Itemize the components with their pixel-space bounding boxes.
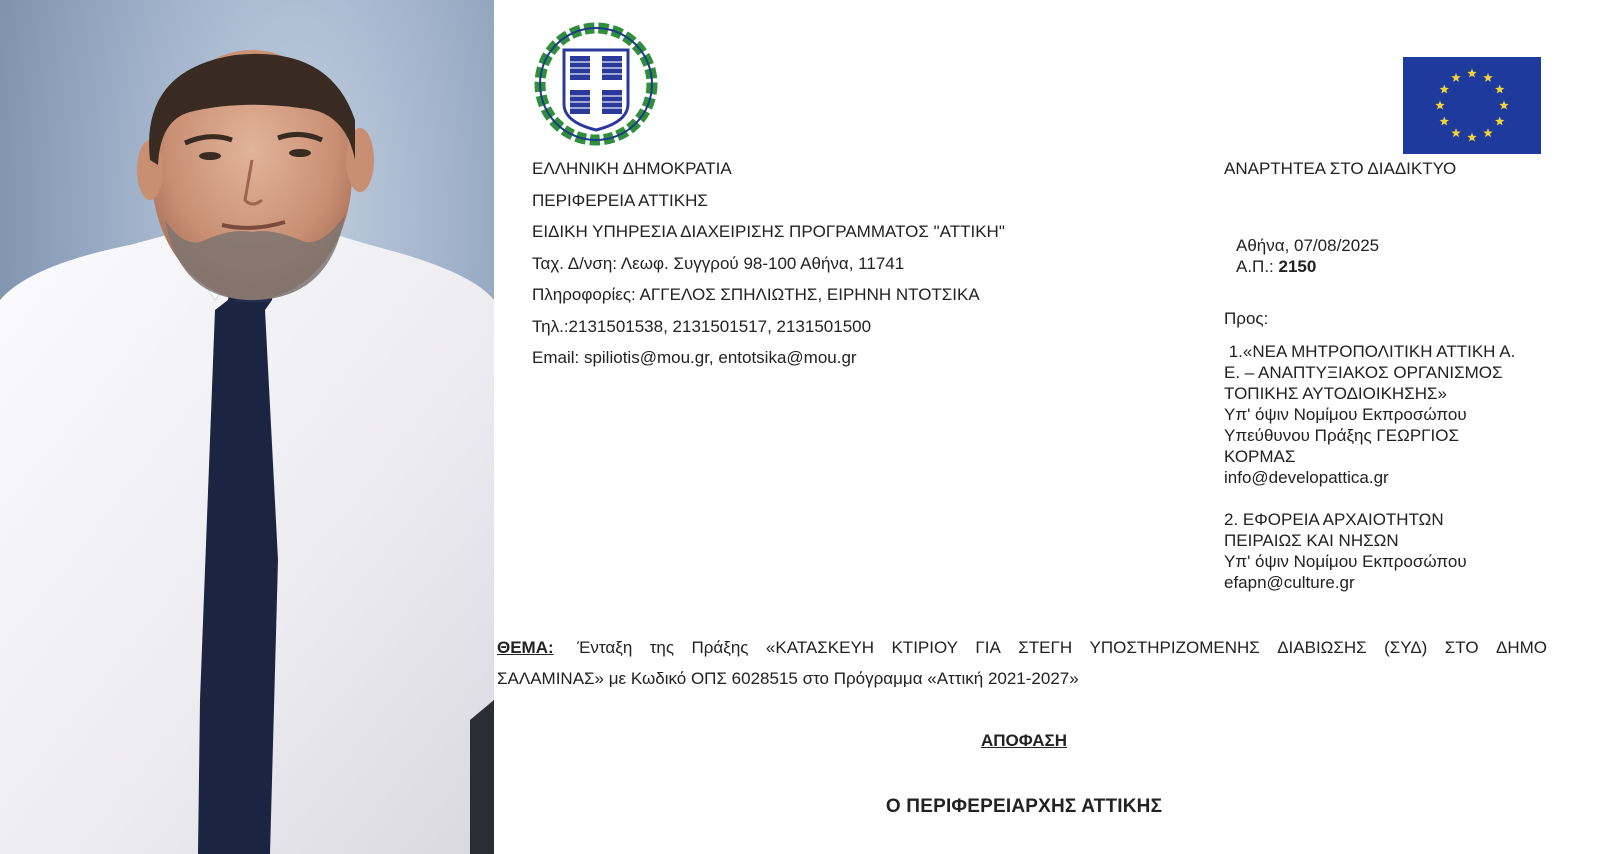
- subject-label: ΘΕΜΑ:: [497, 632, 554, 663]
- recipient-line: 1.«ΝΕΑ ΜΗΤΡΟΠΟΛΙΤΙΚΗ ΑΤΤΙΚΗ Α.: [1224, 341, 1554, 362]
- eu-flag-icon: [1403, 57, 1541, 154]
- recipients-block: Προς: 1.«ΝΕΑ ΜΗΤΡΟΠΟΛΙΤΙΚΗ ΑΤΤΙΚΗ Α. Ε. …: [1224, 308, 1554, 614]
- subject-word: Πράξης: [691, 632, 748, 663]
- recipient-line: ΠΕΙΡΑΙΩΣ ΚΑΙ ΝΗΣΩΝ: [1224, 530, 1554, 551]
- governor-heading: Ο ΠΕΡΙΦΕΡΕΙΑΡΧΗΣ ΑΤΤΙΚΗΣ: [494, 796, 1554, 818]
- recipient-email-link[interactable]: info@developattica.gr: [1224, 467, 1554, 488]
- decision-heading-text: ΑΠΟΦΑΣΗ: [981, 731, 1067, 750]
- recipient-line: ΤΟΠΙΚΗΣ ΑΥΤΟΔΙΟΙΚΗΣΗΣ»: [1224, 383, 1554, 404]
- subject-line-2: ΣΑΛΑΜΙΝΑΣ» με Κωδικό ΟΠΣ 6028515 στο Πρό…: [497, 663, 1547, 694]
- subject-word: ΥΠΟΣΤΗΡΙΖΟΜΕΝΗΣ: [1090, 632, 1260, 663]
- protocol-number: 2150: [1279, 257, 1317, 276]
- recipient-line: Υπεύθυνου Πράξης ΓΕΩΡΓΙΟΣ: [1224, 425, 1554, 446]
- greek-coat-of-arms-icon: [534, 22, 659, 147]
- subject-word: ΔΙΑΒΙΩΣΗΣ: [1277, 632, 1366, 663]
- decision-heading: ΑΠΟΦΑΣΗ: [494, 731, 1554, 751]
- post-online-label: ΑΝΑΡΤΗΤΕΑ ΣΤΟ ΔΙΑΔΙΚΤΥΟ: [1224, 153, 1456, 184]
- subject-word: ΔΗΜΟ: [1496, 632, 1547, 663]
- subject-line-1: ΘΕΜΑ: ΈνταξητηςΠράξης«ΚΑΤΑΣΚΕΥΗΚΤΙΡΙΟΥΓΙ…: [497, 632, 1547, 663]
- recipient-line: Υπ' όψιν Νομίμου Εκπροσώπου: [1224, 551, 1554, 572]
- subject-word: «ΚΑΤΑΣΚΕΥΗ: [766, 632, 874, 663]
- subject-word: ΚΤΙΡΙΟΥ: [891, 632, 958, 663]
- subject-paragraph: ΘΕΜΑ: ΈνταξητηςΠράξης«ΚΑΤΑΣΚΕΥΗΚΤΙΡΙΟΥΓΙ…: [497, 632, 1547, 694]
- protocol-number-line: Α.Π.: 2150: [1236, 256, 1379, 277]
- header-line-phones: Τηλ.:2131501538, 2131501517, 2131501500: [532, 311, 1005, 343]
- subject-word: ΓΙΑ: [975, 632, 1000, 663]
- to-label: Προς:: [1224, 308, 1554, 329]
- header-line-service: ΕΙΔΙΚΗ ΥΠΗΡΕΣΙΑ ΔΙΑΧΕΙΡΙΣΗΣ ΠΡΟΓΡΑΜΜΑΤΟΣ…: [532, 216, 1005, 248]
- header-line-address: Ταχ. Δ/νση: Λεωφ. Συγγρού 98-100 Αθήνα, …: [532, 248, 1005, 280]
- subject-word: ΣΤΕΓΗ: [1018, 632, 1072, 663]
- header-line-region: ΠΕΡΙΦΕΡΕΙΑ ΑΤΤΙΚΗΣ: [532, 185, 1005, 217]
- header-line-email: Email: spiliotis@mou.gr, entotsika@mou.g…: [532, 342, 1005, 374]
- header-line-country: ΕΛΛΗΝΙΚΗ ΔΗΜΟΚΡΑΤΙΑ: [532, 153, 1005, 185]
- recipient-line: Υπ' όψιν Νομίμου Εκπροσώπου: [1224, 404, 1554, 425]
- protocol-label: Α.Π.:: [1236, 257, 1279, 276]
- recipient-line: ΚΟΡΜΑΣ: [1224, 446, 1554, 467]
- portrait-photo: [0, 0, 494, 854]
- date-protocol-block: Αθήνα, 07/08/2025 Α.Π.: 2150: [1236, 235, 1379, 277]
- subject-word: (ΣΥΔ): [1384, 632, 1427, 663]
- subject-word: Ένταξη: [577, 632, 632, 663]
- document-date: Αθήνα, 07/08/2025: [1236, 235, 1379, 256]
- sender-header: ΕΛΛΗΝΙΚΗ ΔΗΜΟΚΡΑΤΙΑ ΠΕΡΙΦΕΡΕΙΑ ΑΤΤΙΚΗΣ Ε…: [532, 153, 1005, 374]
- recipient-1: 1.«ΝΕΑ ΜΗΤΡΟΠΟΛΙΤΙΚΗ ΑΤΤΙΚΗ Α. Ε. – ΑΝΑΠ…: [1224, 341, 1554, 488]
- recipient-2: 2. ΕΦΟΡΕΙΑ ΑΡΧΑΙΟΤΗΤΩΝ ΠΕΙΡΑΙΩΣ ΚΑΙ ΝΗΣΩ…: [1224, 509, 1554, 593]
- recipient-line: Ε. – ΑΝΑΠΤΥΞΙΑΚΟΣ ΟΡΓΑΝΙΣΜΟΣ: [1224, 362, 1554, 383]
- subject-word: ΣΤΟ: [1445, 632, 1479, 663]
- portrait-illustration: [0, 0, 494, 854]
- recipient-email-link[interactable]: efapn@culture.gr: [1224, 572, 1554, 593]
- subject-word: της: [650, 632, 674, 663]
- official-document: ΕΛΛΗΝΙΚΗ ΔΗΜΟΚΡΑΤΙΑ ΠΕΡΙΦΕΡΕΙΑ ΑΤΤΙΚΗΣ Ε…: [494, 0, 1612, 854]
- recipient-line: 2. ΕΦΟΡΕΙΑ ΑΡΧΑΙΟΤΗΤΩΝ: [1224, 509, 1554, 530]
- header-line-contacts: Πληροφορίες: ΑΓΓΕΛΟΣ ΣΠΗΛΙΩΤΗΣ, ΕΙΡΗΝΗ Ν…: [532, 279, 1005, 311]
